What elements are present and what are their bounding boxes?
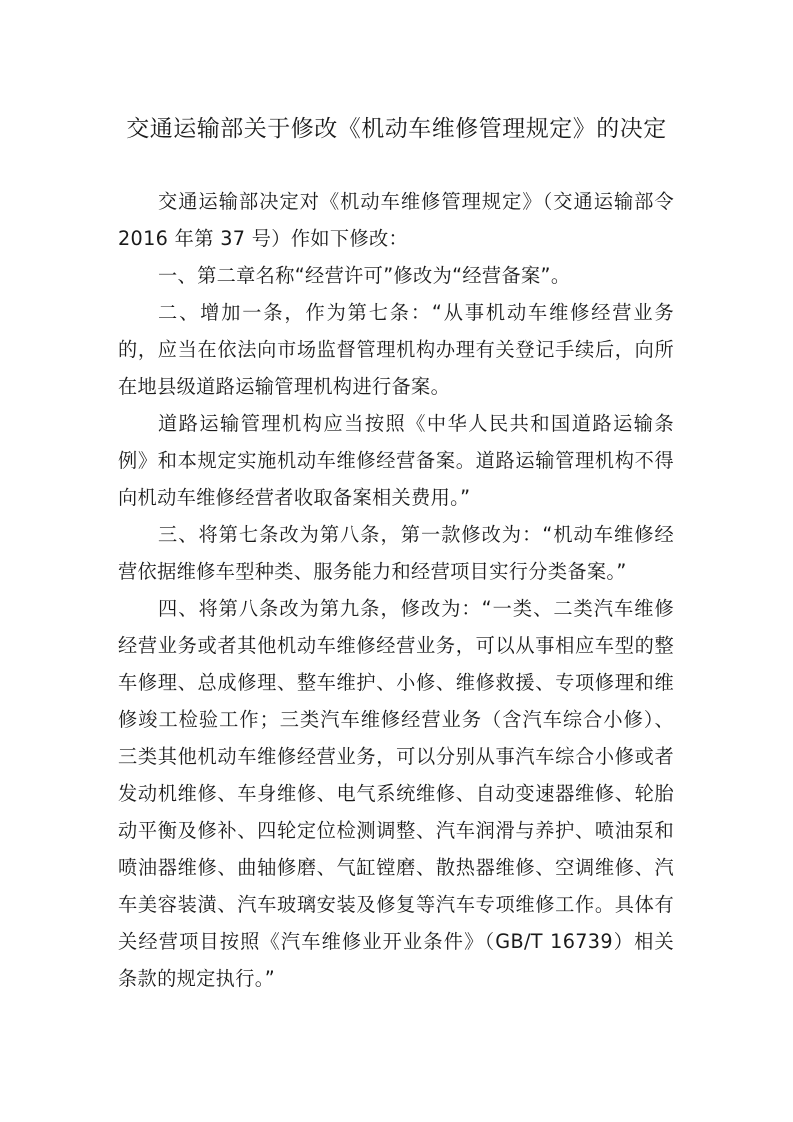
document-page: 交通运输部关于修改《机动车维修管理规定》的决定 交通运输部决定对《机动车维修管理… [0, 0, 793, 1122]
paragraph-intro: 交通运输部决定对《机动车维修管理规定》（交通运输部令 2016 年第 37 号）… [118, 183, 674, 257]
paragraph-amendment-4: 四、将第八条改为第九条，修改为：“一类、二类汽车维修经营业务或者其他机动车维修经… [118, 590, 674, 997]
paragraph-amendment-2-continued: 道路运输管理机构应当按照《中华人民共和国道路运输条例》和本规定实施机动车维修经营… [118, 405, 674, 516]
document-body: 交通运输部决定对《机动车维修管理规定》（交通运输部令 2016 年第 37 号）… [118, 183, 674, 997]
document-title: 交通运输部关于修改《机动车维修管理规定》的决定 [0, 112, 793, 146]
paragraph-amendment-2: 二、增加一条，作为第七条：“从事机动车维修经营业务的，应当在依法向市场监督管理机… [118, 294, 674, 405]
paragraph-amendment-3: 三、将第七条改为第八条，第一款修改为：“机动车维修经营依据维修车型种类、服务能力… [118, 516, 674, 590]
paragraph-amendment-1: 一、第二章名称“经营许可”修改为“经营备案”。 [118, 257, 674, 294]
